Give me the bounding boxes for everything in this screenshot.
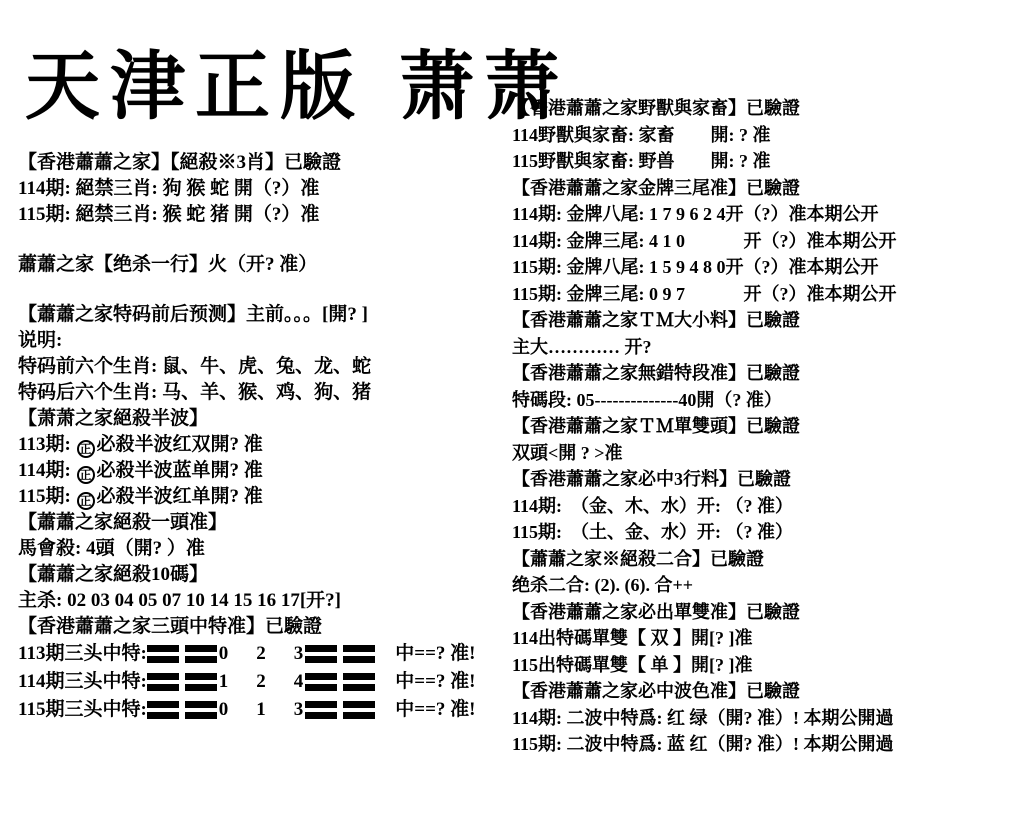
digram-icon: [147, 673, 179, 691]
circled-zheng-text: 正: [80, 443, 92, 455]
section-header: 【香港蕭蕭之家野獸與家畜】已驗證: [512, 95, 1018, 122]
prediction-line: 114野獸與家畜: 家畜 開: ? 准: [512, 122, 1018, 149]
digram-bar: [305, 712, 337, 719]
digram-bar: [343, 645, 375, 652]
prediction-line: 115期: 金牌八尾: 1 5 9 4 8 0开（?）准本期公开: [512, 254, 1018, 281]
prediction-line: 114期: 金牌八尾: 1 7 9 6 2 4开（?）准本期公开: [512, 201, 1018, 228]
digram-bar: [147, 712, 179, 719]
digram-bar: [305, 656, 337, 663]
digram-bar: [185, 701, 217, 708]
page-title-main: 天津正版: [25, 38, 365, 138]
santou-digit: 3: [294, 641, 304, 667]
digram-icon: [305, 701, 337, 719]
prediction-line: 主大………… 开?: [512, 334, 1018, 361]
santou-digit: 0: [219, 641, 229, 667]
santou-digit: 2: [256, 669, 266, 695]
section-header: 【香港蕭蕭之家ＴＭ單雙頭】已驗證: [512, 413, 1018, 440]
santou-result: 中==? 准!: [395, 641, 475, 667]
section-header: 【蕭蕭之家絕殺10碼】: [18, 562, 512, 588]
santou-result: 中==? 准!: [395, 697, 475, 723]
zodiac-line: 特码前六个生肖: 鼠、牛、虎、兔、龙、蛇: [18, 354, 512, 380]
santou-digit: 0: [219, 697, 229, 723]
section-header: 【香港蕭蕭之家金牌三尾准】已驗證: [512, 175, 1018, 202]
digram-bar: [343, 673, 375, 680]
banbo-prefix: 113期:: [18, 434, 76, 455]
prediction-line: 绝杀二合: (2). (6). 合++: [512, 572, 1018, 599]
section-header: 【香港蕭蕭之家三頭中特准】已驗證: [18, 614, 512, 640]
section-header: 【香港蕭蕭之家必中波色准】已驗證: [512, 678, 1018, 705]
page-title: 天津正版 萧萧: [25, 38, 569, 138]
digram-bar: [147, 673, 179, 680]
circled-zheng-icon: 正: [77, 466, 95, 484]
section-header: 【香港蕭蕭之家必出單雙准】已驗證: [512, 599, 1018, 626]
prediction-line: 115期: （土、金、水）开: （? 准）: [512, 519, 1018, 546]
digram-bar: [343, 712, 375, 719]
banbo-text: 必殺半波红双開? 准: [97, 434, 263, 455]
santou-row: 114期三头中特: 1 2 4 中==? 准!: [18, 668, 512, 696]
digram-icon: [185, 673, 217, 691]
prediction-line: 115野獸與家畜: 野兽 開: ? 准: [512, 148, 1018, 175]
santou-label: 113期三头中特:: [18, 641, 147, 667]
digram-bar: [185, 673, 217, 680]
prediction-line: 115期: 金牌三尾: 0 9 7 开（?）准本期公开: [512, 281, 1018, 308]
prediction-line: 115期: 二波中特爲: 蓝 红（開? 准）! 本期公開過: [512, 731, 1018, 758]
digram-bar: [343, 701, 375, 708]
prediction-line: 114期: 絕禁三肖: 狗 猴 蛇 開（?）准: [18, 176, 512, 202]
santou-row: 113期三头中特: 0 2 3 中==? 准!: [18, 640, 512, 668]
prediction-line: 115出特碼單雙【 单 】開[? ]准: [512, 652, 1018, 679]
digram-icon: [343, 673, 375, 691]
digram-icon: [185, 701, 217, 719]
digram-icon: [147, 701, 179, 719]
section-header: 【蕭蕭之家絕殺一頭准】: [18, 510, 512, 536]
digram-bar: [185, 645, 217, 652]
circled-zheng-icon: 正: [77, 440, 95, 458]
section-header: 【蕭蕭之家※絕殺二合】已驗證: [512, 546, 1018, 573]
digram-bar: [305, 701, 337, 708]
digram-bar: [147, 656, 179, 663]
santou-result: 中==? 准!: [395, 669, 475, 695]
prediction-line: 双頭<開 ? >准: [512, 440, 1018, 467]
note-line: 说明:: [18, 328, 512, 354]
digram-bar: [185, 712, 217, 719]
prediction-line: 114出特碼單雙【 双 】開[? ]准: [512, 625, 1018, 652]
circled-zheng-text: 正: [80, 495, 92, 507]
banbo-prefix: 114期:: [18, 460, 76, 481]
santou-digit: 2: [256, 641, 266, 667]
santou-label: 115期三头中特:: [18, 697, 147, 723]
digram-bar: [147, 645, 179, 652]
santou-row: 115期三头中特: 0 1 3 中==? 准!: [18, 696, 512, 724]
prediction-line: 114期: 二波中特爲: 红 绿（開? 准）! 本期公開過: [512, 705, 1018, 732]
prediction-line: 馬會殺: 4頭（開? ）准: [18, 536, 512, 562]
left-column: 【香港蕭蕭之家】【絕殺※3肖】已驗證 114期: 絕禁三肖: 狗 猴 蛇 開（?…: [18, 150, 512, 724]
banbo-text: 必殺半波蓝单開? 准: [97, 460, 263, 481]
section-header: 【香港蕭蕭之家無錯特段准】已驗證: [512, 360, 1018, 387]
digram-icon: [305, 673, 337, 691]
prediction-line: 蕭蕭之家【绝杀一行】火（开? 准）: [18, 252, 512, 278]
santou-digit: 1: [256, 697, 266, 723]
prediction-line: 114期: 金牌三尾: 4 1 0 开（?）准本期公开: [512, 228, 1018, 255]
digram-icon: [343, 645, 375, 663]
banbo-row: 113期: 正必殺半波红双開? 准: [18, 432, 512, 458]
banbo-text: 必殺半波红单開? 准: [97, 486, 263, 507]
circled-zheng-text: 正: [80, 469, 92, 481]
digram-bar: [147, 684, 179, 691]
prediction-line: 114期: （金、木、水）开: （? 准）: [512, 493, 1018, 520]
zodiac-line: 特码后六个生肖: 马、羊、猴、鸡、狗、猪: [18, 380, 512, 406]
santou-label: 114期三头中特:: [18, 669, 147, 695]
circled-zheng-icon: 正: [77, 492, 95, 510]
digram-bar: [185, 656, 217, 663]
section-header: 【香港蕭蕭之家ＴＭ大小料】已驗證: [512, 307, 1018, 334]
right-column: 【香港蕭蕭之家野獸與家畜】已驗證 114野獸與家畜: 家畜 開: ? 准 115…: [512, 95, 1018, 758]
prediction-line: 115期: 絕禁三肖: 猴 蛇 猪 開（?）准: [18, 202, 512, 228]
digram-icon: [147, 645, 179, 663]
section-header: 【香港蕭蕭之家必中3行料】已驗證: [512, 466, 1018, 493]
digram-icon: [343, 701, 375, 719]
digram-bar: [343, 684, 375, 691]
banbo-prefix: 115期:: [18, 486, 76, 507]
section-header: 【蕭蕭之家特码前后预测】主前。。。[開? ]: [18, 302, 512, 328]
tip-sheet-page: 天津正版 萧萧 【香港蕭蕭之家】【絕殺※3肖】已驗證 114期: 絕禁三肖: 狗…: [0, 0, 1024, 817]
digram-bar: [185, 684, 217, 691]
digram-bar: [305, 684, 337, 691]
prediction-line: 特碼段: 05--------------40開（? 准）: [512, 387, 1018, 414]
banbo-row: 114期: 正必殺半波蓝单開? 准: [18, 458, 512, 484]
section-header: 【香港蕭蕭之家】【絕殺※3肖】已驗證: [18, 150, 512, 176]
digram-icon: [305, 645, 337, 663]
banbo-row: 115期: 正必殺半波红单開? 准: [18, 484, 512, 510]
digram-bar: [147, 701, 179, 708]
prediction-line: 主杀: 02 03 04 05 07 10 14 15 16 17[开?]: [18, 588, 512, 614]
digram-bar: [343, 656, 375, 663]
digram-icon: [185, 645, 217, 663]
digram-bar: [305, 645, 337, 652]
santou-digit: 3: [294, 697, 304, 723]
santou-digit: 1: [219, 669, 229, 695]
section-header: 【萧萧之家絕殺半波】: [18, 406, 512, 432]
santou-digit: 4: [294, 669, 304, 695]
digram-bar: [305, 673, 337, 680]
